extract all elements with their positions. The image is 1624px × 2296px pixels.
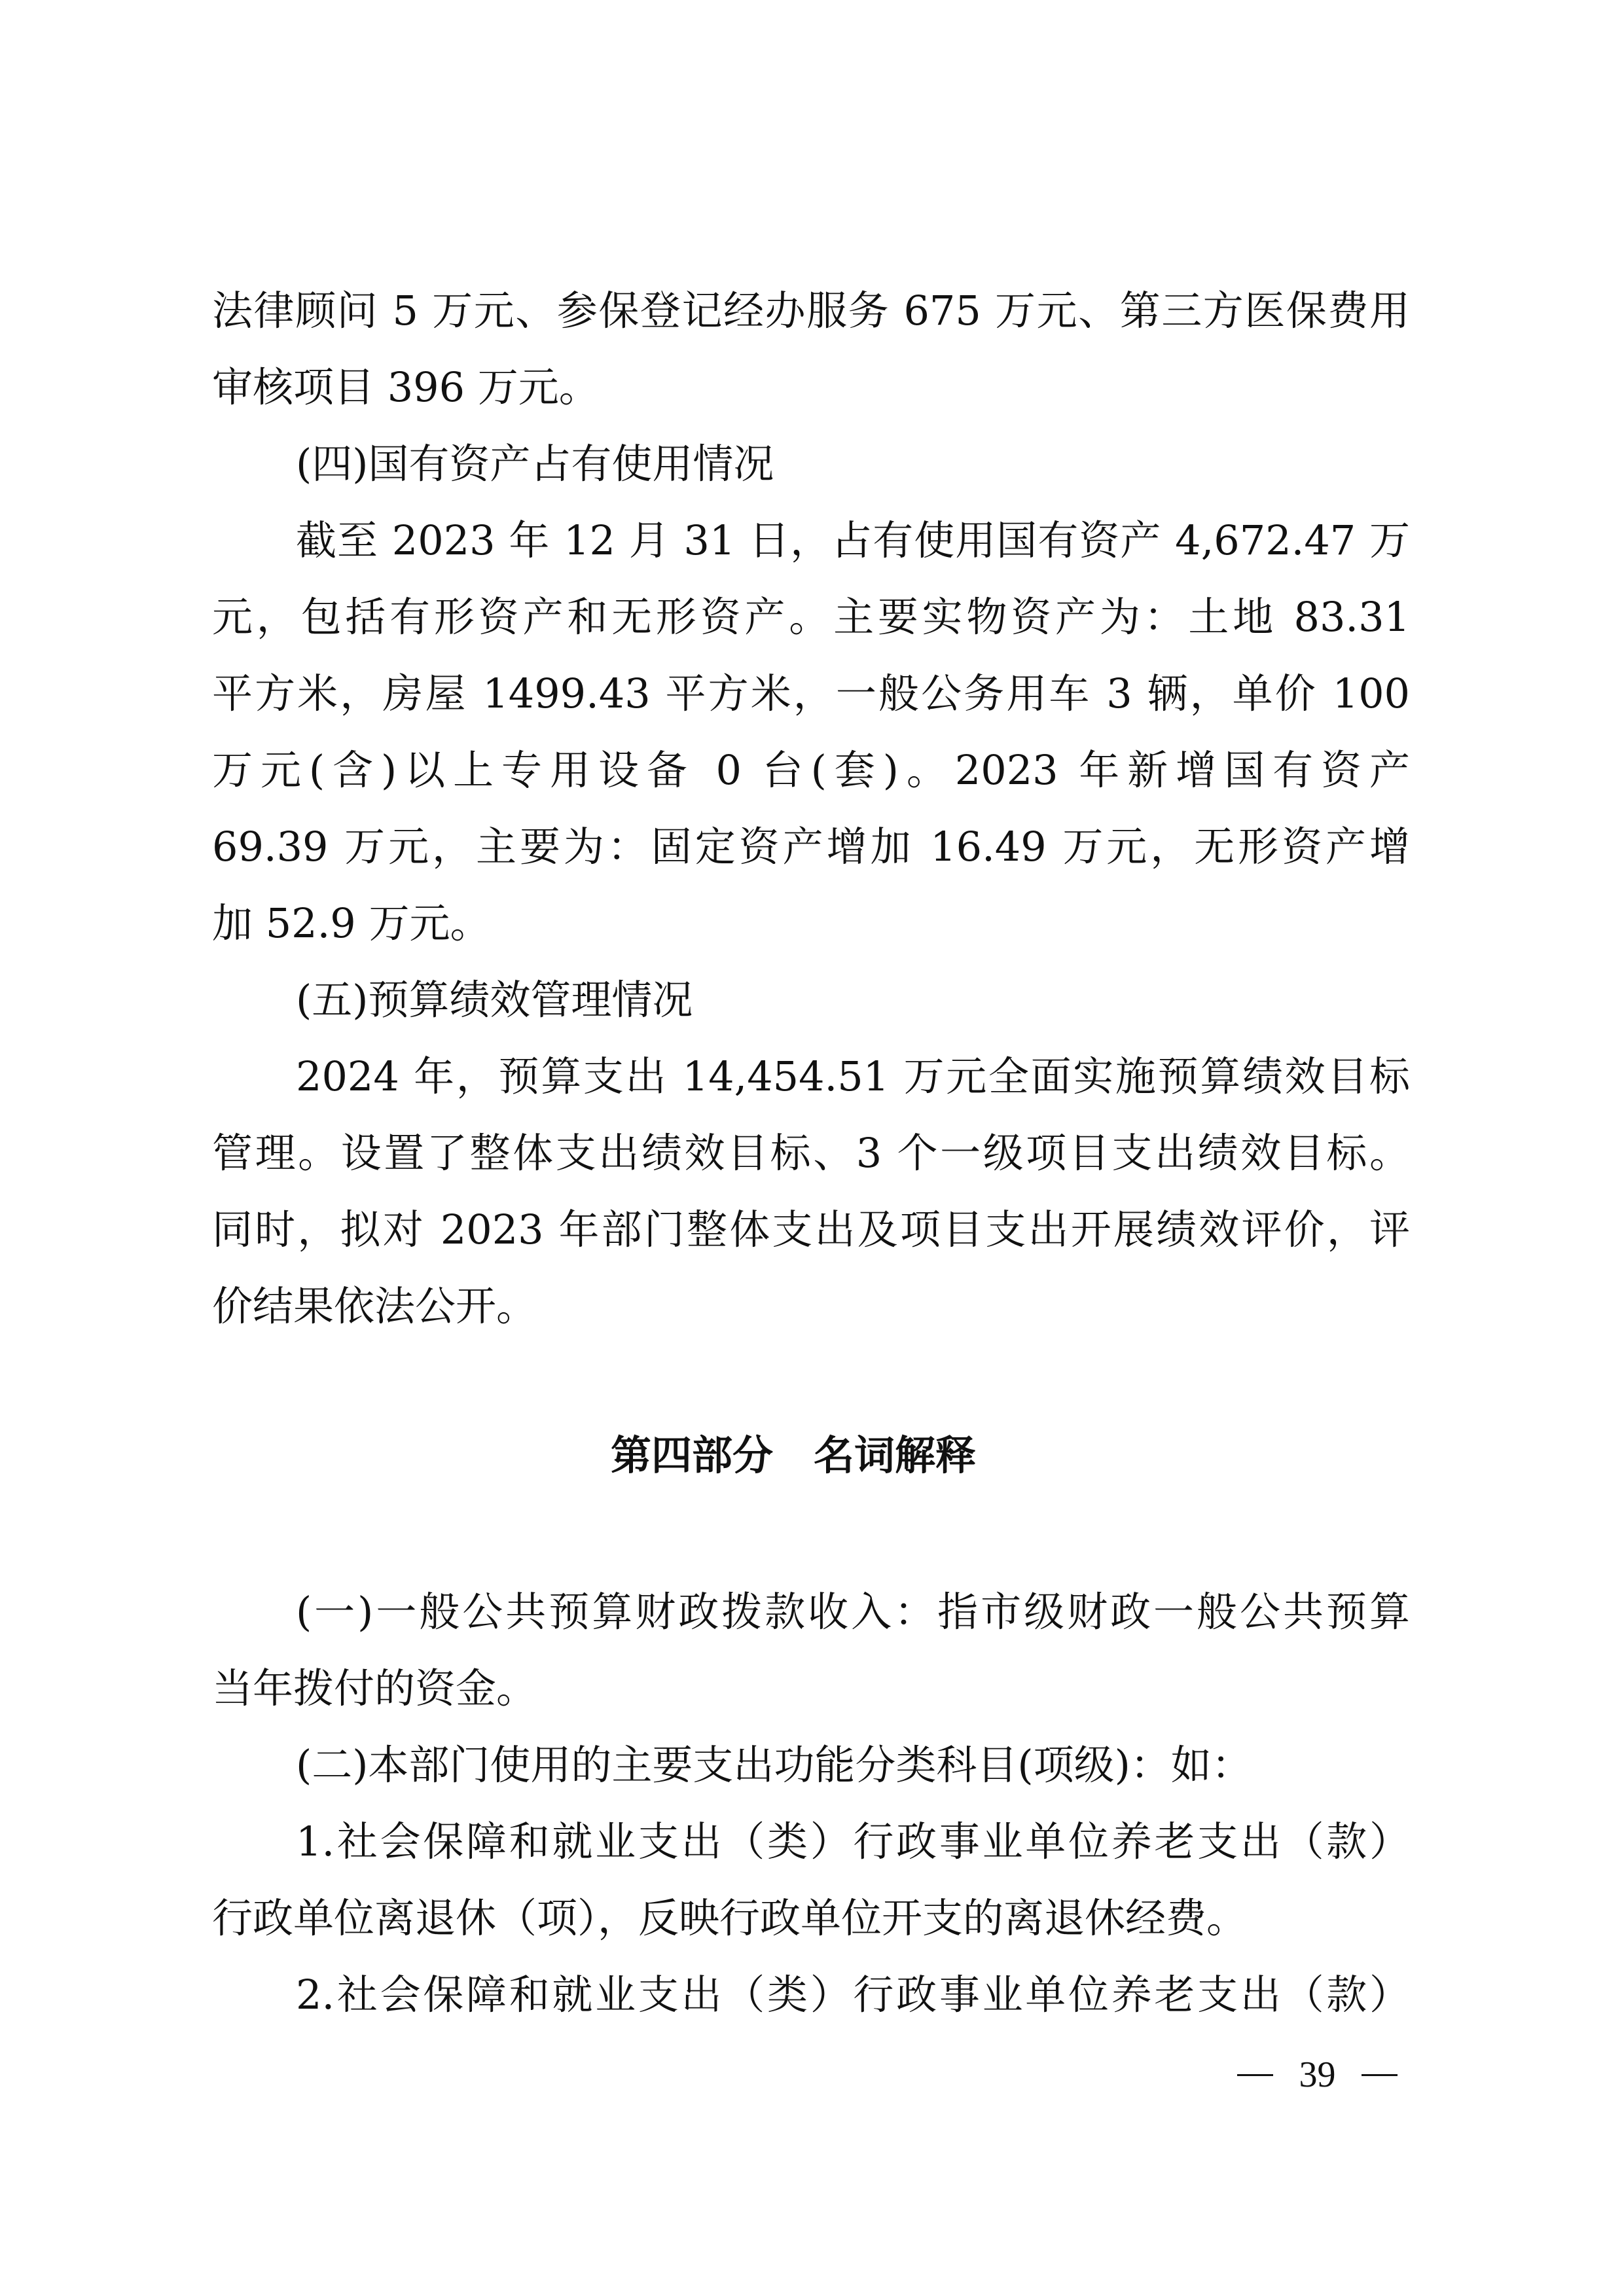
page-number: 39 [1237, 2055, 1398, 2094]
page-number-dash-right [1362, 2074, 1398, 2076]
glossary-line: 1.社会保障和就业支出（类）行政事业单位养老支出（款） [296, 1803, 1410, 1880]
subsection-heading-performance: (五)预算绩效管理情况 [296, 961, 1410, 1038]
subsection-heading-assets: (四)国有资产占有使用情况 [296, 425, 1410, 502]
glossary-line: 2.社会保障和就业支出（类）行政事业单位养老支出（款） [296, 1956, 1410, 2033]
paragraph-line: 平方米，房屋 1499.43 平方米，一般公务用车 3 辆，单价 100 [212, 655, 1410, 732]
paragraph-line: 2024 年，预算支出 14,454.51 万元全面实施预算绩效目标 [296, 1038, 1410, 1115]
paragraph-line: 截至 2023 年 12 月 31 日，占有使用国有资产 4,672.47 万 [296, 502, 1410, 579]
paragraph-line: 万元(含)以上专用设备 0 台(套)。2023 年新增国有资产 [212, 732, 1410, 808]
section-heading-title: 名词解释 [814, 1431, 976, 1479]
glossary-line: 行政单位离退休（项），反映行政单位开支的离退休经费。 [212, 1880, 1410, 1956]
glossary-line: (一)一般公共预算财政拨款收入：指市级财政一般公共预算 [296, 1573, 1410, 1650]
paragraph-line: 69.39 万元，主要为：固定资产增加 16.49 万元，无形资产增 [212, 808, 1410, 885]
section-heading: 第四部分名词解释 [611, 1423, 902, 1488]
glossary-line: (二)本部门使用的主要支出功能分类科目(项级)：如： [296, 1727, 1410, 1803]
section-heading-part: 第四部分 [611, 1431, 773, 1479]
page-number-dash-left [1237, 2074, 1273, 2076]
paragraph-line: 价结果依法公开。 [212, 1268, 1410, 1344]
paragraph-line: 管理。设置了整体支出绩效目标、3 个一级项目支出绩效目标。 [212, 1115, 1410, 1191]
paragraph-line: 同时，拟对 2023 年部门整体支出及项目支出开展绩效评价，评 [212, 1191, 1410, 1268]
paragraph-line: 法律顾问 5 万元、参保登记经办服务 675 万元、第三方医保费用 [212, 272, 1410, 349]
page-number-value: 39 [1299, 2055, 1336, 2094]
paragraph-line: 加 52.9 万元。 [212, 885, 1410, 961]
paragraph-line: 审核项目 396 万元。 [212, 349, 1410, 425]
paragraph-line: 元，包括有形资产和无形资产。主要实物资产为：土地 83.31 [212, 579, 1410, 655]
glossary-line: 当年拨付的资金。 [212, 1650, 1410, 1727]
document-page: 法律顾问 5 万元、参保登记经办服务 675 万元、第三方医保费用 审核项目 3… [0, 0, 1624, 2296]
